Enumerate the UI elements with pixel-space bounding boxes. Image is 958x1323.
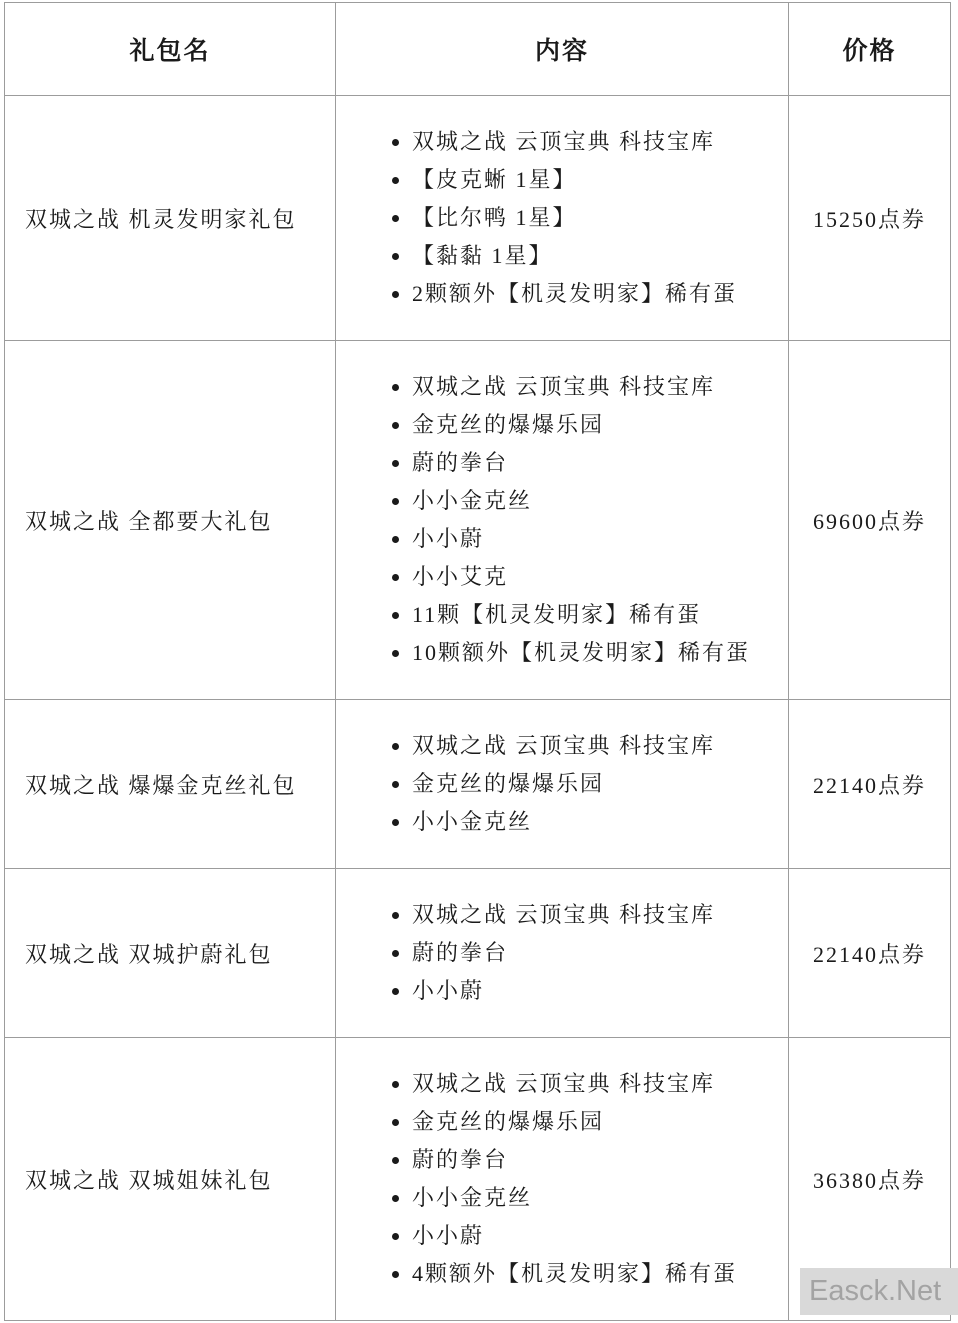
package-item: 【皮克蜥 1星】 (412, 161, 780, 199)
package-items-list: 双城之战 云顶宝典 科技宝库金克丝的爆爆乐园小小金克丝 (344, 727, 780, 841)
package-item: 双城之战 云顶宝典 科技宝库 (412, 368, 780, 406)
package-price-cell: 22140点券 (789, 869, 951, 1038)
package-item: 2颗额外【机灵发明家】稀有蛋 (412, 275, 780, 313)
header-content: 内容 (336, 3, 789, 96)
table-header-row: 礼包名 内容 价格 (5, 3, 951, 96)
package-items-list: 双城之战 云顶宝典 科技宝库金克丝的爆爆乐园蔚的拳台小小金克丝小小蔚小小艾克11… (344, 368, 780, 672)
package-item: 小小金克丝 (412, 803, 780, 841)
package-items-list: 双城之战 云顶宝典 科技宝库【皮克蜥 1星】【比尔鸭 1星】【黏黏 1星】2颗额… (344, 123, 780, 313)
package-item: 金克丝的爆爆乐园 (412, 1103, 780, 1141)
table-row: 双城之战 机灵发明家礼包 双城之战 云顶宝典 科技宝库【皮克蜥 1星】【比尔鸭 … (5, 96, 951, 341)
package-content-cell: 双城之战 云顶宝典 科技宝库【皮克蜥 1星】【比尔鸭 1星】【黏黏 1星】2颗额… (336, 96, 789, 341)
package-items-list: 双城之战 云顶宝典 科技宝库蔚的拳台小小蔚 (344, 896, 780, 1010)
package-price-cell: 69600点券 (789, 341, 951, 700)
package-price-cell: 15250点券 (789, 96, 951, 341)
package-name-cell: 双城之战 双城姐妹礼包 (5, 1038, 336, 1321)
gift-package-table: 礼包名 内容 价格 双城之战 机灵发明家礼包 双城之战 云顶宝典 科技宝库【皮克… (4, 2, 951, 1321)
package-item: 小小艾克 (412, 558, 780, 596)
package-table-body: 双城之战 机灵发明家礼包 双城之战 云顶宝典 科技宝库【皮克蜥 1星】【比尔鸭 … (5, 96, 951, 1321)
package-item: 4颗额外【机灵发明家】稀有蛋 (412, 1255, 780, 1293)
package-item: 双城之战 云顶宝典 科技宝库 (412, 123, 780, 161)
table-row: 双城之战 爆爆金克丝礼包 双城之战 云顶宝典 科技宝库金克丝的爆爆乐园小小金克丝… (5, 700, 951, 869)
package-items-list: 双城之战 云顶宝典 科技宝库金克丝的爆爆乐园蔚的拳台小小金克丝小小蔚4颗额外【机… (344, 1065, 780, 1293)
package-name-cell: 双城之战 双城护蔚礼包 (5, 869, 336, 1038)
package-item: 小小蔚 (412, 1217, 780, 1255)
package-item: 11颗【机灵发明家】稀有蛋 (412, 596, 780, 634)
package-item: 金克丝的爆爆乐园 (412, 765, 780, 803)
package-content-cell: 双城之战 云顶宝典 科技宝库蔚的拳台小小蔚 (336, 869, 789, 1038)
table-row: 双城之战 双城护蔚礼包 双城之战 云顶宝典 科技宝库蔚的拳台小小蔚 22140点… (5, 869, 951, 1038)
header-price: 价格 (789, 3, 951, 96)
package-name-cell: 双城之战 全都要大礼包 (5, 341, 336, 700)
package-item: 小小蔚 (412, 972, 780, 1010)
header-row: 礼包名 内容 价格 (5, 3, 951, 96)
package-item: 双城之战 云顶宝典 科技宝库 (412, 896, 780, 934)
package-item: 蔚的拳台 (412, 934, 780, 972)
table-row: 双城之战 全都要大礼包 双城之战 云顶宝典 科技宝库金克丝的爆爆乐园蔚的拳台小小… (5, 341, 951, 700)
package-item: 小小金克丝 (412, 482, 780, 520)
package-item: 金克丝的爆爆乐园 (412, 406, 780, 444)
package-name-cell: 双城之战 爆爆金克丝礼包 (5, 700, 336, 869)
package-content-cell: 双城之战 云顶宝典 科技宝库金克丝的爆爆乐园小小金克丝 (336, 700, 789, 869)
package-price-cell: 22140点券 (789, 700, 951, 869)
package-item: 10颗额外【机灵发明家】稀有蛋 (412, 634, 780, 672)
package-item: 蔚的拳台 (412, 444, 780, 482)
package-content-cell: 双城之战 云顶宝典 科技宝库金克丝的爆爆乐园蔚的拳台小小金克丝小小蔚小小艾克11… (336, 341, 789, 700)
package-item: 小小蔚 (412, 520, 780, 558)
package-content-cell: 双城之战 云顶宝典 科技宝库金克丝的爆爆乐园蔚的拳台小小金克丝小小蔚4颗额外【机… (336, 1038, 789, 1321)
package-item: 【比尔鸭 1星】 (412, 199, 780, 237)
package-item: 双城之战 云顶宝典 科技宝库 (412, 1065, 780, 1103)
header-package-name: 礼包名 (5, 3, 336, 96)
package-item: 小小金克丝 (412, 1179, 780, 1217)
package-name-cell: 双城之战 机灵发明家礼包 (5, 96, 336, 341)
package-item: 【黏黏 1星】 (412, 237, 780, 275)
package-item: 双城之战 云顶宝典 科技宝库 (412, 727, 780, 765)
watermark: Easck.Net (800, 1268, 958, 1315)
package-item: 蔚的拳台 (412, 1141, 780, 1179)
